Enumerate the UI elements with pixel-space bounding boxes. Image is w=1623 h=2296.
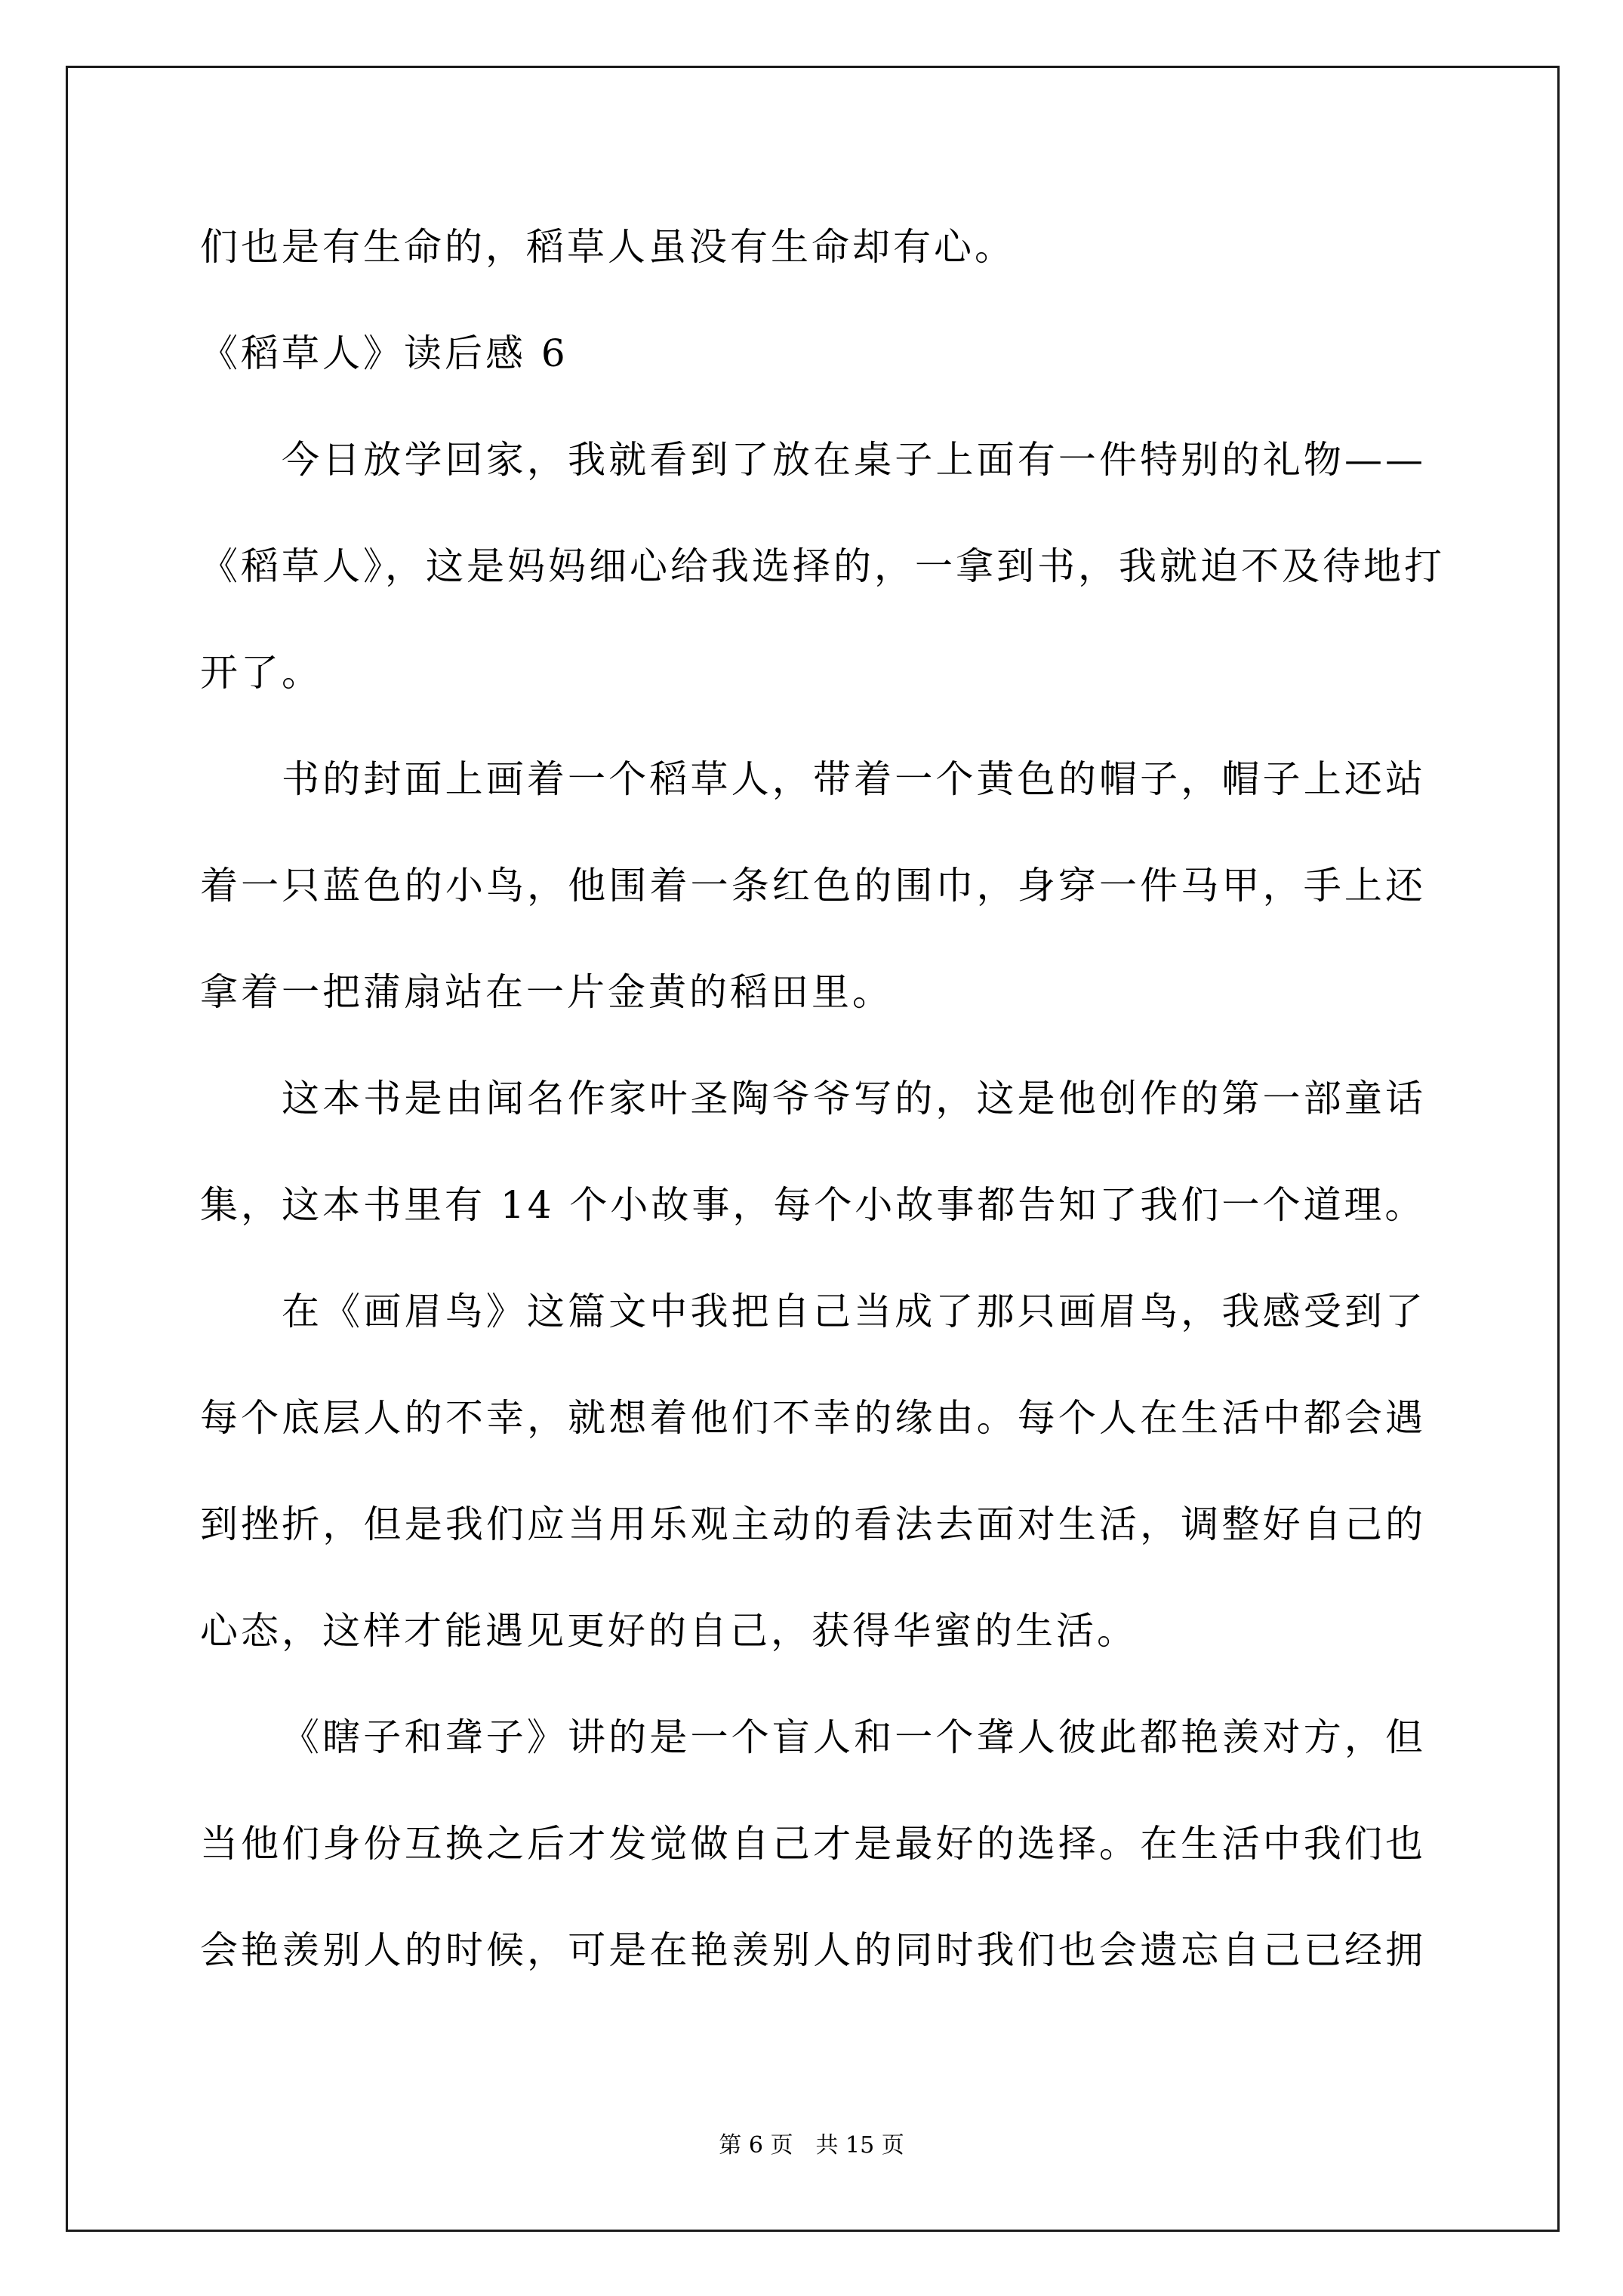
paragraph-5-line-2: 当他们身份互换之后才发觉做自己才是最好的选择。在生活中我们也	[200, 1821, 1426, 1866]
paragraph-3-line-2: 集，这本书里有 14 个小故事，每个小故事都告知了我们一个道理。	[200, 1182, 1425, 1228]
section-heading: 《稻草人》读后感 6	[200, 331, 568, 376]
paragraph-2-line-2: 着一只蓝色的小鸟，他围着一条红色的围巾，身穿一件马甲，手上还	[200, 863, 1426, 908]
paragraph-1-line-2: 《稻草人》，这是妈妈细心给我选择的，一拿到书，我就迫不及待地打	[200, 544, 1426, 589]
page-border	[66, 66, 1560, 2232]
paragraph-4-line-1: 在《画眉鸟》这篇文中我把自己当成了那只画眉鸟，我感受到了	[282, 1289, 1426, 1334]
page-number-footer: 第 6 页 共 15 页	[0, 2131, 1623, 2161]
paragraph-3-line-1: 这本书是由闻名作家叶圣陶爷爷写的，这是他创作的第一部童话	[282, 1076, 1426, 1121]
paragraph-4-line-4: 心态，这样才能遇见更好的自己，获得华蜜的生活。	[200, 1608, 1138, 1653]
paragraph-5-line-3: 会艳羡别人的时候，可是在艳羡别人的同时我们也会遗忘自己已经拥	[200, 1928, 1426, 1973]
paragraph-2-line-3: 拿着一把蒲扇站在一片金黄的稻田里。	[200, 969, 893, 1015]
paragraph-2-line-1: 书的封面上画着一个稻草人，带着一个黄色的帽子，帽子上还站	[282, 757, 1426, 802]
paragraph-1-line-1: 今日放学回家，我就看到了放在桌子上面有一件特别的礼物——	[282, 437, 1426, 482]
paragraph-4-line-3: 到挫折，但是我们应当用乐观主动的看法去面对生活，调整好自己的	[200, 1502, 1426, 1547]
paragraph-5-line-1: 《瞎子和聋子》讲的是一个盲人和一个聋人彼此都艳羡对方，但	[282, 1715, 1426, 1760]
paragraph-4-line-2: 每个底层人的不幸，就想着他们不幸的缘由。每个人在生活中都会遇	[200, 1395, 1426, 1441]
paragraph-1-line-3: 开了。	[200, 650, 322, 695]
text-line-continuation: 们也是有生命的，稻草人虽没有生命却有心。	[200, 224, 1015, 270]
